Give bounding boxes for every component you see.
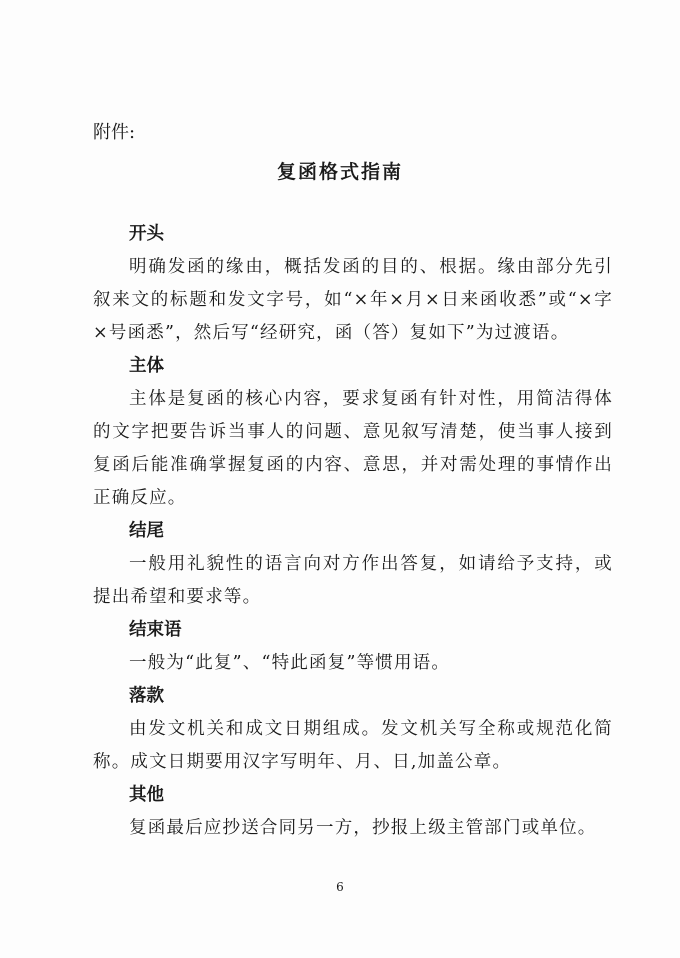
document-body: 开头 明确发函的缘由，概括发函的目的、根据。缘由部分先引叙来文的标题和发文字号，… [93, 218, 613, 845]
section-heading: 落款 [93, 680, 613, 713]
section-body: 复函最后应抄送合同另一方，抄报上级主管部门或单位。 [93, 812, 613, 845]
section-signature: 落款 由发文机关和成文日期组成。发文机关写全称或规范化简称。成文日期要用汉字写明… [93, 680, 613, 779]
section-heading: 结尾 [93, 515, 613, 548]
section-opening: 开头 明确发函的缘由，概括发函的目的、根据。缘由部分先引叙来文的标题和发文字号，… [93, 218, 613, 350]
section-closing-phrase: 结束语 一般为“此复”、“特此函复”等惯用语。 [93, 614, 613, 680]
section-body: 一般为“此复”、“特此函复”等惯用语。 [93, 647, 613, 680]
section-heading: 结束语 [93, 614, 613, 647]
attachment-label: 附件: [93, 118, 135, 144]
section-heading: 其他 [93, 779, 613, 812]
section-heading: 开头 [93, 218, 613, 251]
section-main-body: 主体 主体是复函的核心内容，要求复函有针对性，用简洁得体的文字把要告诉当事人的问… [93, 350, 613, 515]
section-heading: 主体 [93, 350, 613, 383]
section-body: 一般用礼貌性的语言向对方作出答复，如请给予支持，或提出希望和要求等。 [93, 548, 613, 614]
document-page: 附件: 复函格式指南 开头 明确发函的缘由，概括发函的目的、根据。缘由部分先引叙… [0, 0, 680, 958]
section-body: 明确发函的缘由，概括发函的目的、根据。缘由部分先引叙来文的标题和发文字号，如“×… [93, 251, 613, 350]
section-body: 由发文机关和成文日期组成。发文机关写全称或规范化简称。成文日期要用汉字写明年、月… [93, 713, 613, 779]
document-title: 复函格式指南 [0, 157, 680, 184]
section-body: 主体是复函的核心内容，要求复函有针对性，用简洁得体的文字把要告诉当事人的问题、意… [93, 383, 613, 515]
section-ending: 结尾 一般用礼貌性的语言向对方作出答复，如请给予支持，或提出希望和要求等。 [93, 515, 613, 614]
page-number: 6 [0, 880, 680, 894]
section-other: 其他 复函最后应抄送合同另一方，抄报上级主管部门或单位。 [93, 779, 613, 845]
